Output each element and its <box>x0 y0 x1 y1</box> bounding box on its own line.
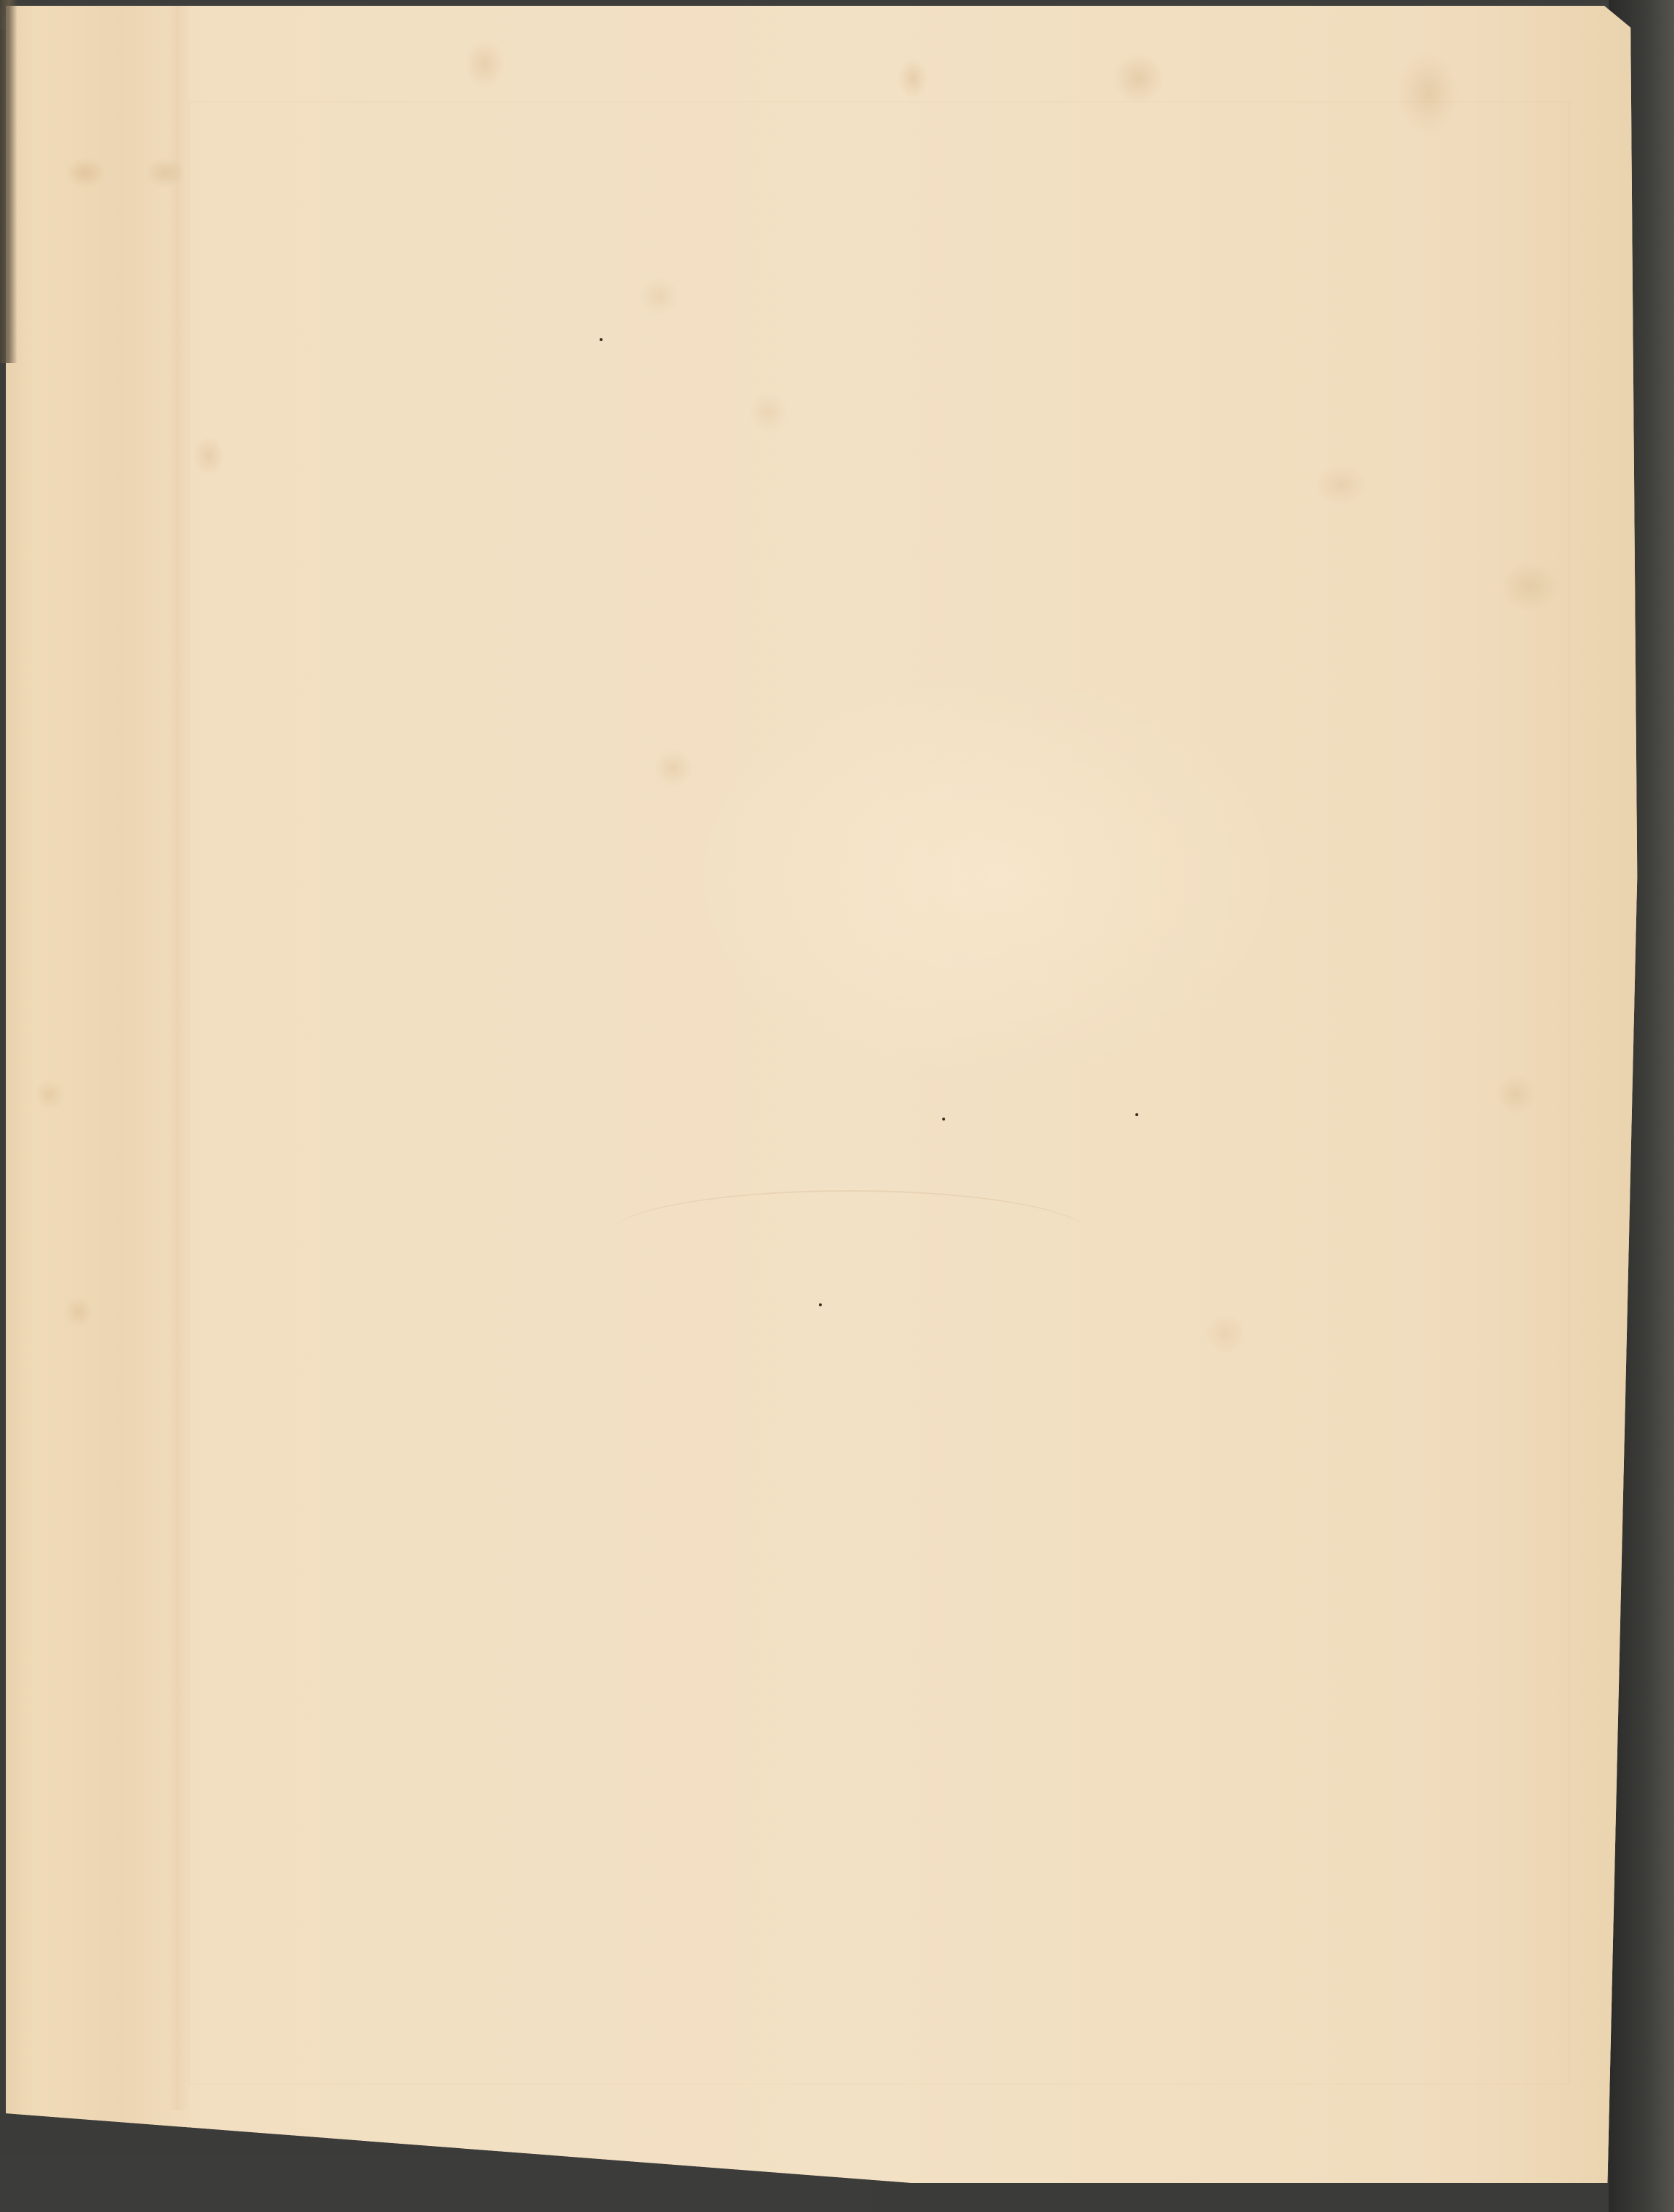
page-scan <box>0 0 1674 2212</box>
spine-edge <box>0 0 17 363</box>
ink-speck <box>942 1118 945 1121</box>
ink-speck <box>1135 1113 1138 1116</box>
faint-curve-impression <box>610 1190 1089 1279</box>
plate-impression <box>189 102 1569 2084</box>
ink-speck <box>819 1303 822 1306</box>
ink-speck <box>600 338 603 341</box>
gutter-fold <box>167 6 189 2110</box>
